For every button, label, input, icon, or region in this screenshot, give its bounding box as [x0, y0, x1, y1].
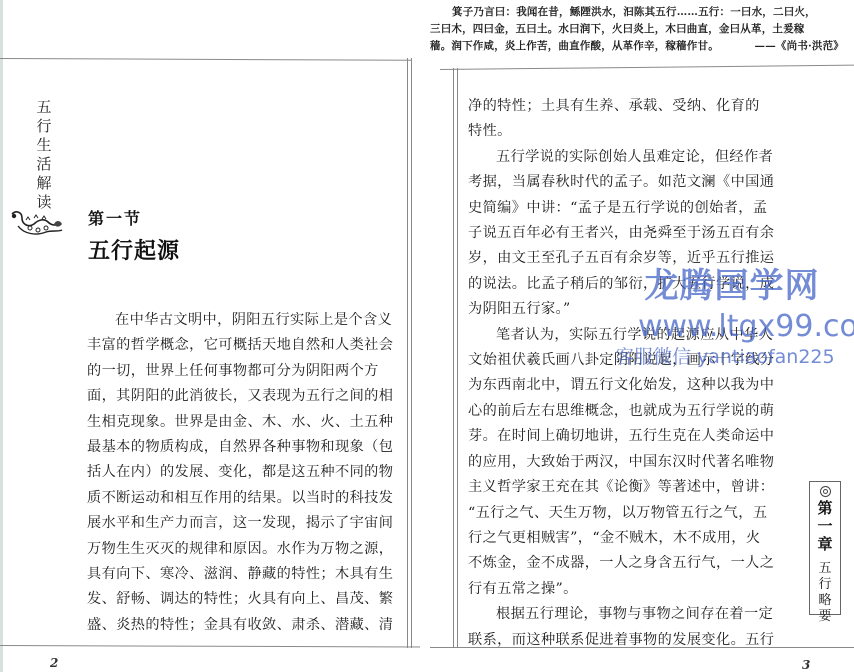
title-char: 行: [34, 117, 54, 136]
text-line: 为东西南北中，谓五行文化始发，这种以我为中: [468, 373, 778, 398]
text-line: 子说五百年必有王者兴，由尧舜至于汤五百有余: [468, 221, 778, 246]
chapter-name: 五 行 略 要: [810, 561, 840, 625]
text-line: 质不断运动和相互作用的结果。以当时的科技发: [87, 486, 392, 511]
text-line: 生相克现象。世界是由金、木、水、火、土五种: [87, 410, 392, 435]
epigraph-line: 三曰木，四曰金，五曰土。水曰润下，火曰炎上，木曰曲直，金曰从革，土爰稼: [430, 21, 848, 38]
text-line: 万物生生灭灭的规律和原因。水作为万物之源，: [87, 537, 392, 562]
text-line: 面，其阴阳的此消彼长，又表现为五行之间的相: [87, 384, 392, 409]
text-line: 的一切，世界上任何事物都可分为阴阳两个方: [87, 359, 392, 384]
text-line: 发、舒畅、调达的特性；火具有向上、昌茂、繁: [87, 587, 392, 612]
text-line: 心的前后左右思维概念，也就成为五行学说的萌: [468, 399, 778, 424]
bottom-rule: [0, 645, 430, 648]
text-line: 在中华古文明中，阴阳五行实际上是个含义: [87, 308, 392, 333]
circle-bullet-icon: [820, 486, 831, 497]
gutter-rule: [407, 58, 412, 648]
text-line: 考据，当属春秋时代的孟子。如范文澜《中国通: [468, 170, 778, 195]
text-line: 的应用，大致始于两汉，中国东汉时代著名唯物: [468, 450, 778, 475]
chapter-tab: 第 一 章 五 行 略 要: [809, 481, 841, 615]
text-line: 丰富的哲学概念，它可概括天地自然和人类社会: [87, 333, 392, 358]
text-line: 具有向下、寒冷、滋润、静藏的特性；木具有生: [87, 562, 392, 587]
text-line: “五行之气、天生万物，以万物管五行之气，五: [468, 501, 778, 526]
text-line: 为阴阳五行家。”: [468, 297, 778, 322]
text-line: 特性。: [468, 119, 778, 144]
chapter-label-char: 第: [810, 499, 840, 517]
text-line: 的说法。比孟子稍后的邹衍，扩大五行学说，成: [468, 272, 778, 297]
section-title: 五行起源: [88, 234, 180, 265]
text-line: 行之气更相贼害”，“金不贼木，木不成用，火: [468, 526, 778, 551]
chapter-name-char: 五: [810, 561, 840, 577]
text-line: 史简编》中讲：“孟子是五行学说的创始者，孟: [468, 196, 778, 221]
title-char: 生: [34, 136, 54, 155]
text-line: 五行学说的实际创始人虽难定论，但经作者: [468, 145, 778, 170]
text-line: 岁，由文王至孔子五百有余岁等，近乎五行推运: [468, 246, 778, 271]
epigraph-source: ——《尚书·洪范》: [755, 38, 844, 55]
page-edge: [0, 0, 3, 672]
text-line: 括人在内）的发展、变化，都是这五种不同的物: [87, 460, 392, 485]
title-char: 解: [34, 174, 54, 193]
left-page: 五 行 生 活 解 读 第一节 五行起源 在中华古文明中，阴阳五行实际上是个含义…: [0, 0, 420, 672]
text-line: 文始祖伏羲氏画八卦定阴阳说起，画示十字线分: [468, 348, 778, 373]
page-number: 3: [802, 658, 810, 672]
epigraph-line: 穑。润下作咸，炎上作苦，曲直作酸，从革作辛，稼穑作甘。: [430, 40, 719, 52]
epigraph-line: 箕子乃言曰：我闻在昔，鲧陻洪水，汩陈其五行……五行：一曰水，二曰火，: [430, 4, 848, 21]
top-rule: [0, 58, 412, 61]
text-line: 净的特性；土具有生养、承载、受纳、化育的: [468, 94, 778, 119]
text-line: 根据五行理论，事物与事物之间存在着一定: [468, 602, 778, 627]
text-line: 展水平和生产力而言，这一发现，揭示了宇宙间: [87, 511, 392, 536]
gutter-rule: [453, 68, 458, 648]
chapter-label: 第 一 章: [810, 499, 840, 553]
page-number: 2: [50, 656, 58, 670]
body-text-right: 净的特性；土具有生养、承载、受纳、化育的 特性。 五行学说的实际创始人虽难定论，…: [468, 94, 778, 653]
text-line: 行有五常之操”。: [468, 577, 778, 602]
text-line: 主义哲学家王充在其《论衡》等著述中，曾讲：: [468, 475, 778, 500]
running-book-title: 五 行 生 活 解 读: [34, 98, 54, 212]
chapter-name-char: 行: [810, 577, 840, 593]
text-line: 联系，而这种联系促进着事物的发展变化。五行: [468, 628, 778, 653]
text-line: 最基本的物质构成，自然界各种事物和现象（包: [87, 435, 392, 460]
chapter-name-char: 略: [810, 593, 840, 609]
chapter-label-char: 一: [810, 517, 840, 535]
dragon-ornament-icon: [8, 208, 64, 238]
title-char: 五: [34, 98, 54, 117]
body-text-left: 在中华古文明中，阴阳五行实际上是个含义 丰富的哲学概念，它可概括天地自然和人类社…: [87, 308, 392, 638]
chapter-name-char: 要: [810, 609, 840, 625]
text-line: 盛、炎热的特性；金具有收敛、肃杀、潜藏、清: [87, 613, 392, 638]
text-line: 芽。在时间上确切地讲，五行生克在人类命运中: [468, 424, 778, 449]
text-line: 笔者认为，实际五行学说的起源应从中华人: [468, 323, 778, 348]
epigraph-quote: 箕子乃言曰：我闻在昔，鲧陻洪水，汩陈其五行……五行：一曰水，二曰火， 三曰木，四…: [430, 4, 848, 55]
title-char: 活: [34, 155, 54, 174]
chapter-label-char: 章: [810, 535, 840, 553]
section-number: 第一节: [88, 206, 142, 229]
text-line: 不炼金，金不成器，一人之身含五行气，一人之: [468, 551, 778, 576]
